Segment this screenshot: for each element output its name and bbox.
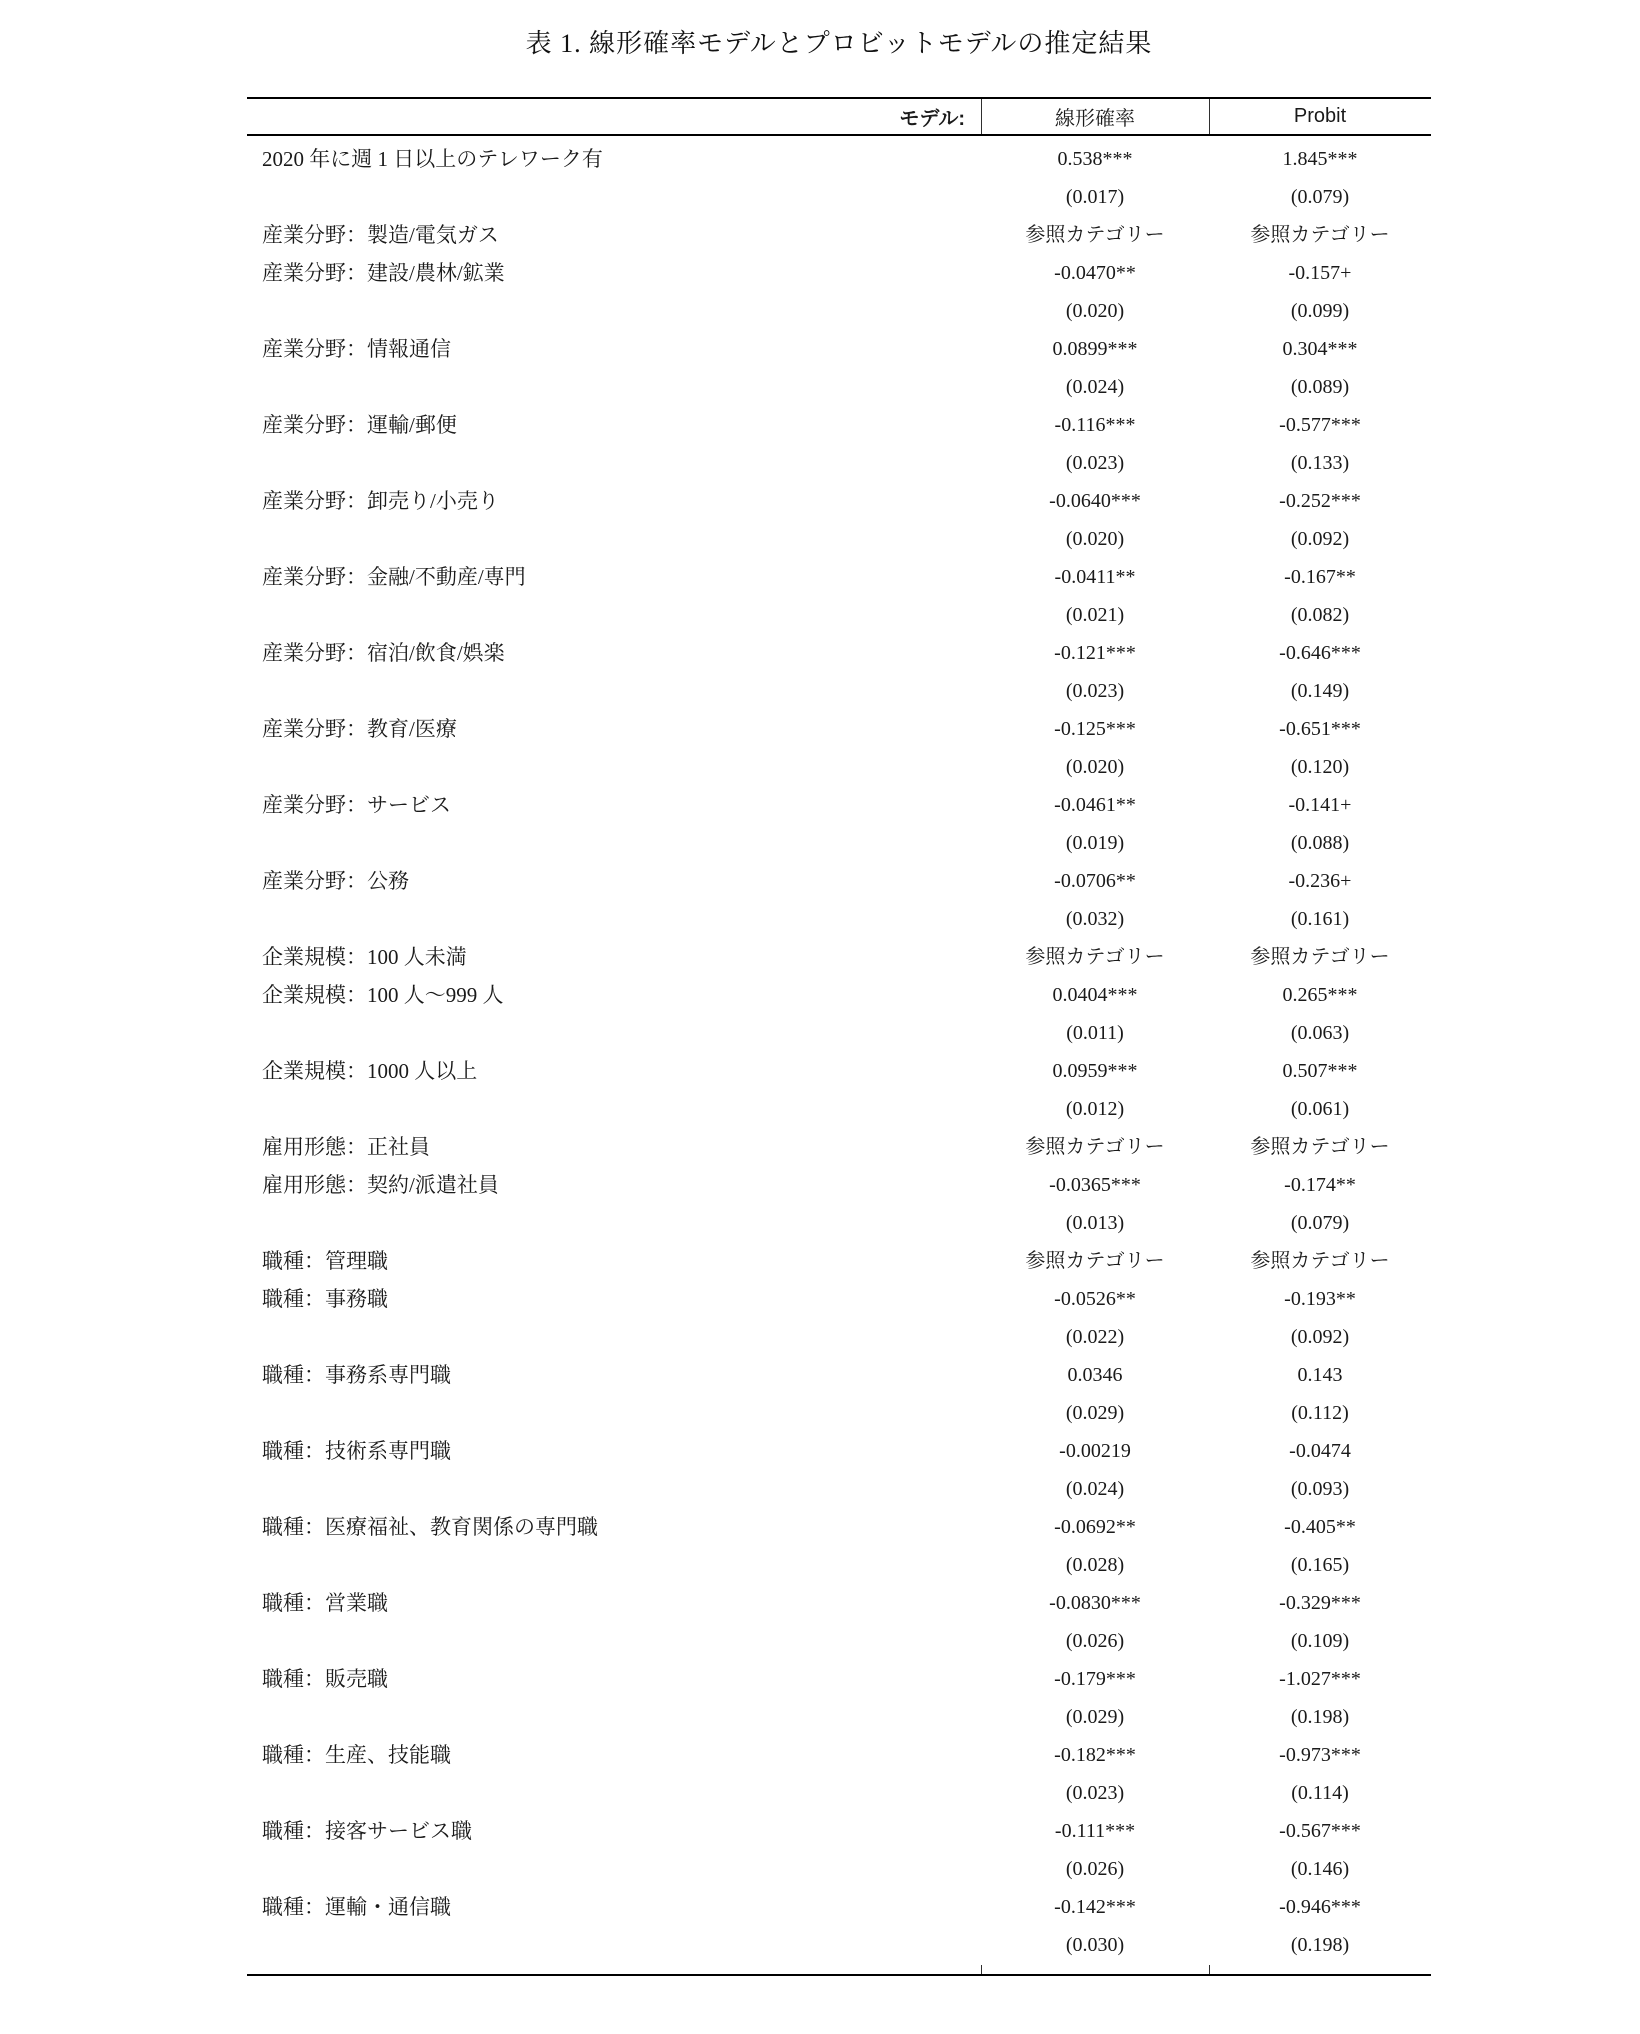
table-row: 産業分野：製造/電気ガス参照カテゴリー参照カテゴリー xyxy=(247,216,1431,254)
row-label xyxy=(247,520,981,558)
probit-cell: -0.167** xyxy=(1209,558,1431,596)
table-row-se: (0.013)(0.079) xyxy=(247,1204,1431,1242)
probit-cell: -0.651*** xyxy=(1209,710,1431,748)
header-column-divider xyxy=(981,99,982,134)
lpm-cell: (0.029) xyxy=(981,1698,1209,1736)
lpm-cell: -0.0365*** xyxy=(981,1166,1209,1204)
lpm-cell: (0.023) xyxy=(981,444,1209,482)
header-col-probit: Probit xyxy=(1209,105,1431,128)
table-row-se: (0.026)(0.146) xyxy=(247,1850,1431,1888)
probit-cell: -0.157+ xyxy=(1209,254,1431,292)
lpm-cell: (0.020) xyxy=(981,292,1209,330)
table-row: 企業規模：100 人～999 人0.0404***0.265*** xyxy=(247,976,1431,1014)
table-row-se: (0.032)(0.161) xyxy=(247,900,1431,938)
table-row-se: (0.020)(0.099) xyxy=(247,292,1431,330)
row-label xyxy=(247,1546,981,1584)
lpm-cell: (0.024) xyxy=(981,1470,1209,1508)
row-label: 産業分野：金融/不動産/専門 xyxy=(247,558,981,596)
probit-cell: -0.329*** xyxy=(1209,1584,1431,1622)
lpm-cell: (0.032) xyxy=(981,900,1209,938)
row-label: 産業分野：情報通信 xyxy=(247,330,981,368)
bottom-column-divider-tick xyxy=(981,1965,982,1974)
row-label xyxy=(247,1470,981,1508)
lpm-cell: 参照カテゴリー xyxy=(981,938,1209,976)
probit-cell: -0.193** xyxy=(1209,1280,1431,1318)
probit-cell: (0.061) xyxy=(1209,1090,1431,1128)
lpm-cell: (0.023) xyxy=(981,1774,1209,1812)
probit-cell: 参照カテゴリー xyxy=(1209,1242,1431,1280)
probit-cell: -0.236+ xyxy=(1209,862,1431,900)
paper-page: 表 1. 線形確率モデルとプロビットモデルの推定結果 モデル: 線形確率 Pro… xyxy=(0,0,1640,2034)
row-label: 職種：医療福祉、教育関係の専門職 xyxy=(247,1508,981,1546)
row-label xyxy=(247,596,981,634)
lpm-cell: -0.0692** xyxy=(981,1508,1209,1546)
lpm-cell: 0.0959*** xyxy=(981,1052,1209,1090)
table-row: 職種：事務系専門職0.03460.143 xyxy=(247,1356,1431,1394)
table-row-se: (0.029)(0.112) xyxy=(247,1394,1431,1432)
table-row-se: (0.020)(0.120) xyxy=(247,748,1431,786)
lpm-cell: 0.0346 xyxy=(981,1356,1209,1394)
lpm-cell: (0.030) xyxy=(981,1926,1209,1964)
table-row: 産業分野：金融/不動産/専門-0.0411**-0.167** xyxy=(247,558,1431,596)
table-row: 職種：管理職参照カテゴリー参照カテゴリー xyxy=(247,1242,1431,1280)
lpm-cell: (0.024) xyxy=(981,368,1209,406)
header-column-divider xyxy=(1209,99,1210,134)
table-row-se: (0.023)(0.149) xyxy=(247,672,1431,710)
lpm-cell: (0.026) xyxy=(981,1622,1209,1660)
probit-cell: (0.109) xyxy=(1209,1622,1431,1660)
probit-cell: (0.146) xyxy=(1209,1850,1431,1888)
row-label: 産業分野：卸売り/小売り xyxy=(247,482,981,520)
probit-cell: 1.845*** xyxy=(1209,140,1431,178)
table-row: 職種：生産、技能職-0.182***-0.973*** xyxy=(247,1736,1431,1774)
table-row: 産業分野：運輸/郵便-0.116***-0.577*** xyxy=(247,406,1431,444)
row-label: 職種：接客サービス職 xyxy=(247,1812,981,1850)
probit-cell: 参照カテゴリー xyxy=(1209,216,1431,254)
table-row-se: (0.026)(0.109) xyxy=(247,1622,1431,1660)
table-row-se: (0.021)(0.082) xyxy=(247,596,1431,634)
row-label: 職種：営業職 xyxy=(247,1584,981,1622)
row-label: 産業分野：公務 xyxy=(247,862,981,900)
lpm-cell: -0.111*** xyxy=(981,1812,1209,1850)
probit-cell: (0.133) xyxy=(1209,444,1431,482)
table-row: 産業分野：教育/医療-0.125***-0.651*** xyxy=(247,710,1431,748)
row-label: 職種：事務系専門職 xyxy=(247,1356,981,1394)
header-col-linear-probability: 線形確率 xyxy=(981,102,1209,131)
probit-cell: (0.079) xyxy=(1209,1204,1431,1242)
lpm-cell: 0.538*** xyxy=(981,140,1209,178)
row-label: 職種：管理職 xyxy=(247,1242,981,1280)
table-row: 職種：技術系専門職-0.00219-0.0474 xyxy=(247,1432,1431,1470)
table-row: 産業分野：公務-0.0706**-0.236+ xyxy=(247,862,1431,900)
lpm-cell: 0.0899*** xyxy=(981,330,1209,368)
lpm-cell: (0.012) xyxy=(981,1090,1209,1128)
probit-cell: -0.946*** xyxy=(1209,1888,1431,1926)
probit-cell: (0.082) xyxy=(1209,596,1431,634)
row-label: 産業分野：製造/電気ガス xyxy=(247,216,981,254)
row-label: 産業分野：運輸/郵便 xyxy=(247,406,981,444)
probit-cell: (0.149) xyxy=(1209,672,1431,710)
lpm-cell: (0.013) xyxy=(981,1204,1209,1242)
probit-cell: (0.093) xyxy=(1209,1470,1431,1508)
probit-cell: 0.507*** xyxy=(1209,1052,1431,1090)
probit-cell: (0.099) xyxy=(1209,292,1431,330)
row-label: 企業規模：1000 人以上 xyxy=(247,1052,981,1090)
lpm-cell: (0.023) xyxy=(981,672,1209,710)
row-label xyxy=(247,178,981,216)
probit-cell: (0.161) xyxy=(1209,900,1431,938)
row-label xyxy=(247,1926,981,1964)
bottom-column-divider-tick xyxy=(1209,1965,1210,1974)
table-row-se: (0.023)(0.133) xyxy=(247,444,1431,482)
row-label: 2020 年に週 1 日以上のテレワーク有 xyxy=(247,140,981,178)
row-label xyxy=(247,1774,981,1812)
lpm-cell: (0.028) xyxy=(981,1546,1209,1584)
lpm-cell: -0.0526** xyxy=(981,1280,1209,1318)
probit-cell: (0.165) xyxy=(1209,1546,1431,1584)
probit-cell: (0.112) xyxy=(1209,1394,1431,1432)
row-label xyxy=(247,824,981,862)
row-label xyxy=(247,1622,981,1660)
row-label xyxy=(247,748,981,786)
lpm-cell: (0.021) xyxy=(981,596,1209,634)
lpm-cell: (0.019) xyxy=(981,824,1209,862)
table-row: 雇用形態：契約/派遣社員-0.0365***-0.174** xyxy=(247,1166,1431,1204)
table-row-se: (0.011)(0.063) xyxy=(247,1014,1431,1052)
probit-cell: -0.252*** xyxy=(1209,482,1431,520)
table-row: 職種：販売職-0.179***-1.027*** xyxy=(247,1660,1431,1698)
lpm-cell: 参照カテゴリー xyxy=(981,216,1209,254)
table-row: 産業分野：卸売り/小売り-0.0640***-0.252*** xyxy=(247,482,1431,520)
row-label xyxy=(247,368,981,406)
lpm-cell: -0.00219 xyxy=(981,1432,1209,1470)
probit-cell: -0.405** xyxy=(1209,1508,1431,1546)
lpm-cell: 0.0404*** xyxy=(981,976,1209,1014)
probit-cell: -0.174** xyxy=(1209,1166,1431,1204)
table-row: 職種：運輸・通信職-0.142***-0.946*** xyxy=(247,1888,1431,1926)
probit-cell: 0.143 xyxy=(1209,1356,1431,1394)
probit-cell: -0.577*** xyxy=(1209,406,1431,444)
lpm-cell: -0.0470** xyxy=(981,254,1209,292)
row-label: 職種：事務職 xyxy=(247,1280,981,1318)
probit-cell: (0.092) xyxy=(1209,1318,1431,1356)
table-row-se: (0.024)(0.089) xyxy=(247,368,1431,406)
table-row: 産業分野：宿泊/飲食/娯楽-0.121***-0.646*** xyxy=(247,634,1431,672)
table-body: 2020 年に週 1 日以上のテレワーク有0.538***1.845***(0.… xyxy=(247,136,1431,1974)
probit-cell: (0.089) xyxy=(1209,368,1431,406)
lpm-cell: -0.0640*** xyxy=(981,482,1209,520)
lpm-cell: (0.011) xyxy=(981,1014,1209,1052)
table-row-se: (0.028)(0.165) xyxy=(247,1546,1431,1584)
probit-cell: 0.304*** xyxy=(1209,330,1431,368)
probit-cell: (0.114) xyxy=(1209,1774,1431,1812)
probit-cell: -1.027*** xyxy=(1209,1660,1431,1698)
row-label: 雇用形態：契約/派遣社員 xyxy=(247,1166,981,1204)
probit-cell: (0.092) xyxy=(1209,520,1431,558)
row-label: 産業分野：教育/医療 xyxy=(247,710,981,748)
probit-cell: (0.198) xyxy=(1209,1698,1431,1736)
lpm-cell: -0.0461** xyxy=(981,786,1209,824)
lpm-cell: -0.0411** xyxy=(981,558,1209,596)
results-table: モデル: 線形確率 Probit 2020 年に週 1 日以上のテレワーク有0.… xyxy=(247,97,1431,1976)
table-row-se: (0.030)(0.198) xyxy=(247,1926,1431,1964)
probit-cell: (0.198) xyxy=(1209,1926,1431,1964)
row-label xyxy=(247,1014,981,1052)
lpm-cell: 参照カテゴリー xyxy=(981,1128,1209,1166)
header-model-label: モデル: xyxy=(247,102,981,131)
row-label xyxy=(247,292,981,330)
row-label: 職種：運輸・通信職 xyxy=(247,1888,981,1926)
table-row: 雇用形態：正社員参照カテゴリー参照カテゴリー xyxy=(247,1128,1431,1166)
table-row: 職種：接客サービス職-0.111***-0.567*** xyxy=(247,1812,1431,1850)
row-label: 企業規模：100 人未満 xyxy=(247,938,981,976)
lpm-cell: -0.182*** xyxy=(981,1736,1209,1774)
table-header-row: モデル: 線形確率 Probit xyxy=(247,99,1431,136)
lpm-cell: -0.125*** xyxy=(981,710,1209,748)
row-label: 産業分野：サービス xyxy=(247,786,981,824)
table-row-se: (0.024)(0.093) xyxy=(247,1470,1431,1508)
lpm-cell: (0.020) xyxy=(981,520,1209,558)
row-label: 職種：生産、技能職 xyxy=(247,1736,981,1774)
table-row: 職種：医療福祉、教育関係の専門職-0.0692**-0.405** xyxy=(247,1508,1431,1546)
probit-cell: (0.079) xyxy=(1209,178,1431,216)
row-label: 職種：技術系専門職 xyxy=(247,1432,981,1470)
table-row: 企業規模：1000 人以上0.0959***0.507*** xyxy=(247,1052,1431,1090)
lpm-cell: -0.179*** xyxy=(981,1660,1209,1698)
table-title: 表 1. 線形確率モデルとプロビットモデルの推定結果 xyxy=(247,26,1431,62)
row-label: 雇用形態：正社員 xyxy=(247,1128,981,1166)
table-row: 産業分野：建設/農林/鉱業-0.0470**-0.157+ xyxy=(247,254,1431,292)
probit-cell: -0.973*** xyxy=(1209,1736,1431,1774)
probit-cell: -0.141+ xyxy=(1209,786,1431,824)
lpm-cell: -0.0830*** xyxy=(981,1584,1209,1622)
lpm-cell: -0.116*** xyxy=(981,406,1209,444)
lpm-cell: (0.026) xyxy=(981,1850,1209,1888)
row-label xyxy=(247,1204,981,1242)
probit-cell: -0.646*** xyxy=(1209,634,1431,672)
row-label xyxy=(247,444,981,482)
table-row: 産業分野：情報通信0.0899***0.304*** xyxy=(247,330,1431,368)
table-row-se: (0.019)(0.088) xyxy=(247,824,1431,862)
row-label: 職種：販売職 xyxy=(247,1660,981,1698)
lpm-cell: -0.0706** xyxy=(981,862,1209,900)
row-label xyxy=(247,1698,981,1736)
table-row-se: (0.023)(0.114) xyxy=(247,1774,1431,1812)
table-row: 2020 年に週 1 日以上のテレワーク有0.538***1.845*** xyxy=(247,140,1431,178)
probit-cell: 0.265*** xyxy=(1209,976,1431,1014)
probit-cell: 参照カテゴリー xyxy=(1209,1128,1431,1166)
table-row-se: (0.029)(0.198) xyxy=(247,1698,1431,1736)
table-row: 職種：営業職-0.0830***-0.329*** xyxy=(247,1584,1431,1622)
lpm-cell: 参照カテゴリー xyxy=(981,1242,1209,1280)
probit-cell: -0.567*** xyxy=(1209,1812,1431,1850)
lpm-cell: (0.017) xyxy=(981,178,1209,216)
lpm-cell: -0.121*** xyxy=(981,634,1209,672)
row-label xyxy=(247,1850,981,1888)
lpm-cell: (0.029) xyxy=(981,1394,1209,1432)
row-label xyxy=(247,900,981,938)
row-label: 産業分野：建設/農林/鉱業 xyxy=(247,254,981,292)
probit-cell: (0.120) xyxy=(1209,748,1431,786)
table-row: 産業分野：サービス-0.0461**-0.141+ xyxy=(247,786,1431,824)
table-row-se: (0.020)(0.092) xyxy=(247,520,1431,558)
lpm-cell: -0.142*** xyxy=(981,1888,1209,1926)
row-label xyxy=(247,1318,981,1356)
table-row: 企業規模：100 人未満参照カテゴリー参照カテゴリー xyxy=(247,938,1431,976)
probit-cell: (0.063) xyxy=(1209,1014,1431,1052)
table-row-se: (0.012)(0.061) xyxy=(247,1090,1431,1128)
row-label xyxy=(247,1394,981,1432)
probit-cell: -0.0474 xyxy=(1209,1432,1431,1470)
table-row-se: (0.022)(0.092) xyxy=(247,1318,1431,1356)
lpm-cell: (0.020) xyxy=(981,748,1209,786)
row-label: 産業分野：宿泊/飲食/娯楽 xyxy=(247,634,981,672)
table-row-se: (0.017)(0.079) xyxy=(247,178,1431,216)
row-label: 企業規模：100 人～999 人 xyxy=(247,976,981,1014)
row-label xyxy=(247,672,981,710)
lpm-cell: (0.022) xyxy=(981,1318,1209,1356)
probit-cell: 参照カテゴリー xyxy=(1209,938,1431,976)
probit-cell: (0.088) xyxy=(1209,824,1431,862)
table-row: 職種：事務職-0.0526**-0.193** xyxy=(247,1280,1431,1318)
row-label xyxy=(247,1090,981,1128)
